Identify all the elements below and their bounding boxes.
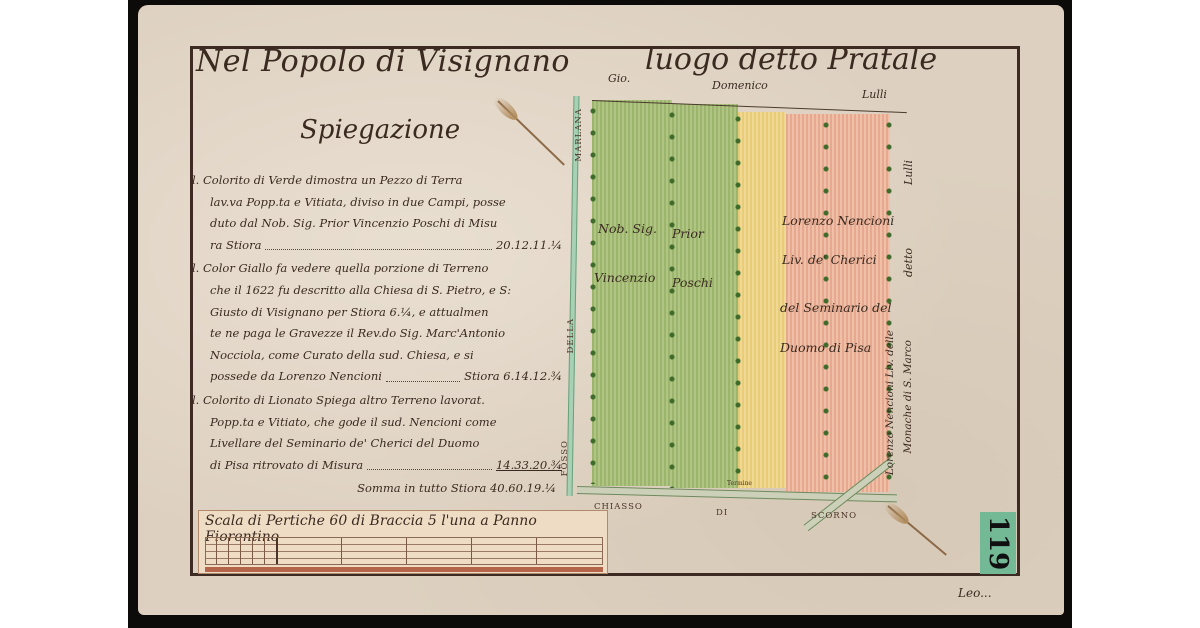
field-label: Lorenzo Nencioni xyxy=(782,213,894,228)
scale-grid xyxy=(205,537,603,565)
legend-line: l. Color Giallo fa vedere quella porzion… xyxy=(192,258,562,280)
legend-measure-row: possede da Lorenzo Nencioni Stiora 6.14.… xyxy=(192,366,562,388)
road-label: CHIASSO xyxy=(594,502,643,512)
legend-line: possede da Lorenzo Nencioni xyxy=(210,366,382,388)
map-title-right: luogo detto Pratale xyxy=(645,42,937,77)
scale-gridline xyxy=(276,538,278,564)
field-label: del Seminario del xyxy=(780,300,892,315)
neighbor-label: Gio. xyxy=(608,72,630,85)
scale-gridline xyxy=(264,538,265,564)
legend-total-row: Somma in tutto Stiora 40.60.19.¼ xyxy=(192,478,562,500)
legend-line: lav.va Popp.ta e Vitiata, diviso in due … xyxy=(192,192,562,214)
legend-line: Livellare del Seminario de' Cherici del … xyxy=(192,433,562,455)
legend-entry-yellow: l. Color Giallo fa vedere quella porzion… xyxy=(192,258,562,388)
scale-gridline xyxy=(341,538,342,564)
scale-gridline xyxy=(536,538,537,564)
legend-entry-rose: l. Colorito di Lionato Spiega altro Terr… xyxy=(192,390,562,476)
neighbor-label: Lulli xyxy=(902,160,915,185)
neighbor-label: Lulli xyxy=(862,88,887,101)
legend-line: Nocciola, come Curato della sud. Chiesa,… xyxy=(192,345,562,367)
tree-row-icon xyxy=(733,108,743,488)
legend-measure-value: 6.14.12.¾ xyxy=(503,366,562,388)
sheet-number-badge: 119 xyxy=(980,512,1016,574)
neighbor-label: Lorenzo Nencioni Liv. delle xyxy=(884,330,896,475)
neighbor-label: Domenico xyxy=(712,79,768,92)
scale-gridline xyxy=(206,558,602,559)
scale-gridline xyxy=(471,538,472,564)
map-title-left: Nel Popolo di Visignano xyxy=(196,44,570,79)
scale-color-strip xyxy=(205,567,603,572)
legend-measure-value: 20.12.11.¼ xyxy=(496,235,562,257)
scale-gridline xyxy=(406,538,407,564)
scale-gridline xyxy=(206,544,602,545)
legend-entry-green: l. Colorito di Verde dimostra un Pezzo d… xyxy=(192,170,562,256)
field-label: Poschi xyxy=(672,275,713,290)
legend-total-label: Somma in tutto Stiora xyxy=(357,481,486,495)
dotted-leader xyxy=(367,455,492,471)
field-label: Vincenzio xyxy=(594,270,655,285)
legend-measure-row: ra Stiora 20.12.11.¼ xyxy=(192,235,562,257)
legend-line: Popp.ta e Vitiato, che gode il sud. Nenc… xyxy=(192,412,562,434)
legend-total-value: 40.60.19.¼ xyxy=(490,481,556,495)
signature: Leo... xyxy=(958,586,992,600)
legend-line: Giusto di Visignano per Stiora 6.¼, e at… xyxy=(192,302,562,324)
legend-line: duto dal Nob. Sig. Prior Vincenzio Posch… xyxy=(192,213,562,235)
road-label: SCORNO xyxy=(811,511,857,521)
legend-measure-value: 14.33.20.¾ xyxy=(496,455,562,477)
ditch-label: FOSSO xyxy=(560,440,570,476)
legend-line: di Pisa ritrovato di Misura xyxy=(210,455,363,477)
scale-gridline xyxy=(240,538,241,564)
neighbor-label: Monache di S. Marco xyxy=(902,340,914,453)
neighbor-label: detto xyxy=(902,248,915,277)
legend-measure-label: Stiora xyxy=(464,366,499,388)
dotted-leader xyxy=(386,366,460,382)
field-yellow xyxy=(738,112,786,488)
legend-measure-row: di Pisa ritrovato di Misura 14.33.20.¾ xyxy=(192,455,562,477)
scale-gridline xyxy=(206,551,602,552)
tree-row-icon xyxy=(588,100,598,484)
legend-heading: Spiegazione xyxy=(300,115,460,145)
scale-gridline xyxy=(252,538,253,564)
field-label: Duomo di Pisa xyxy=(780,340,871,355)
ditch-label: DELLA xyxy=(566,318,576,353)
sheet-number: 119 xyxy=(983,516,1013,570)
scale-gridline xyxy=(216,538,217,564)
legend-line: te ne paga le Gravezze il Rev.do Sig. Ma… xyxy=(192,323,562,345)
ditch-label: MARLANA xyxy=(574,108,584,162)
legend-line: l. Colorito di Lionato Spiega altro Terr… xyxy=(192,390,562,412)
legend-line: l. Colorito di Verde dimostra un Pezzo d… xyxy=(192,170,562,192)
dotted-leader xyxy=(265,235,492,251)
field-green-east xyxy=(672,104,738,488)
field-label: Prior xyxy=(672,226,704,241)
legend-line: che il 1622 fu descritto alla Chiesa di … xyxy=(192,280,562,302)
field-label: Liv. de' Cherici xyxy=(782,252,877,267)
scale-gridline xyxy=(228,538,229,564)
legend-text: l. Colorito di Verde dimostra un Pezzo d… xyxy=(192,170,562,500)
road-label: DI xyxy=(716,508,728,518)
field-green-west xyxy=(592,100,672,486)
field-label: Nob. Sig. xyxy=(598,221,657,236)
tree-row-icon xyxy=(667,104,677,488)
legend-line: ra Stiora xyxy=(210,235,261,257)
scale-bar-box: Scala di Pertiche 60 di Braccia 5 l'una … xyxy=(198,510,608,574)
boundary-mark-label: Termine xyxy=(727,480,752,487)
